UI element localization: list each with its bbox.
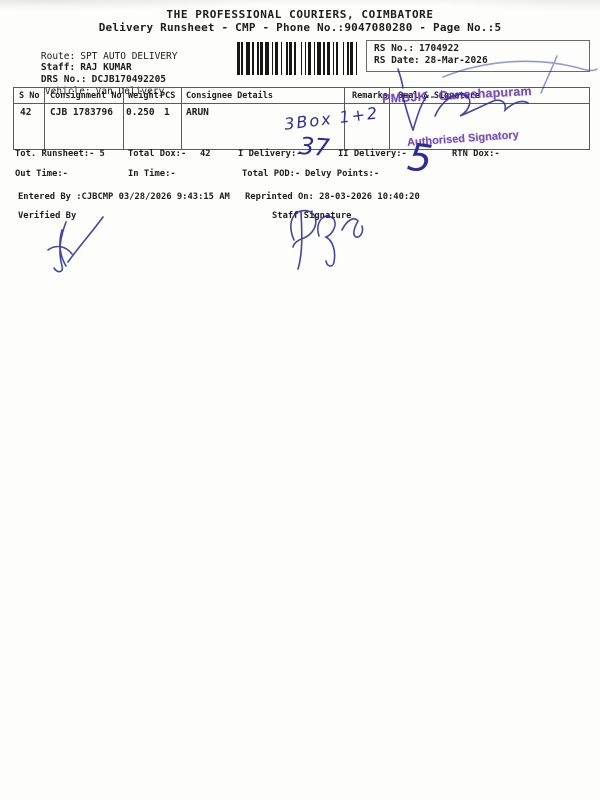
- barcode-bar: [257, 42, 258, 75]
- total-dox-value: 42: [200, 149, 211, 159]
- row-pcs: 1: [164, 107, 170, 118]
- row-consignment-no: CJB 1783796: [50, 107, 113, 118]
- row-consignee: ARUN: [186, 107, 209, 118]
- barcode-bar: [333, 42, 334, 75]
- barcode-bar: [336, 42, 339, 75]
- barcode-bar: [347, 42, 348, 75]
- barcode-bar: [265, 42, 269, 75]
- in-time-label: In Time:-: [128, 169, 176, 179]
- rs-date-line: RS Date:28-Mar-2026: [374, 55, 488, 66]
- row-s-no: 42: [20, 107, 31, 118]
- runsheet-subtitle: Delivery Runsheet - CMP - Phone No.:9047…: [0, 21, 600, 34]
- barcode-bar: [246, 42, 250, 75]
- row-weight: 0.250: [126, 107, 155, 118]
- barcode-bar: [314, 42, 315, 75]
- col-header-s-no: S No: [19, 91, 39, 101]
- staff-signature-label: Staff Signature: [272, 211, 351, 221]
- col-header-pcs: PCS: [160, 91, 175, 101]
- barcode-bar: [343, 42, 344, 75]
- barcode-bar: [327, 42, 330, 75]
- barcode-bar: [252, 42, 255, 75]
- total-dox-label: Total Dox:-: [128, 149, 186, 159]
- barcode-bar: [294, 42, 297, 75]
- table-divider: [123, 88, 124, 149]
- verified-by-label: Verified By: [18, 211, 76, 221]
- table-header-divider: [14, 103, 589, 104]
- barcode-bar: [281, 42, 282, 75]
- barcode-bar: [286, 42, 287, 75]
- rs-date-value: 28-Mar-2026: [425, 55, 488, 66]
- i-delivery-label: I Delivery:-: [238, 149, 302, 159]
- rs-no-value: 1704922: [419, 43, 459, 54]
- rtn-dox-label: RTN Dox:-: [452, 149, 500, 159]
- col-header-consignee-details: Consignee Details: [186, 91, 273, 101]
- runsheet-barcode: [237, 42, 365, 75]
- barcode-bar: [237, 42, 240, 75]
- tot-runsheet: Tot. Runsheet:-5: [15, 149, 105, 159]
- col-header-weight: Weight: [128, 91, 159, 101]
- rs-date-label: RS Date:: [374, 55, 420, 66]
- barcode-bar: [241, 42, 242, 75]
- delivery-runsheet-document: THE PROFESSIONAL COURIERS, COIMBATORE De…: [0, 0, 600, 800]
- table-divider: [44, 88, 45, 149]
- ii-delivery-label: II Delivery:-: [338, 149, 407, 159]
- barcode-bar: [350, 42, 353, 75]
- rs-no-line: RS No.:1704922: [374, 43, 459, 54]
- barcode-bar: [305, 42, 306, 75]
- barcode-bar: [272, 42, 273, 75]
- tot-runsheet-value: 5: [99, 149, 104, 159]
- barcode-bar: [301, 42, 302, 75]
- company-title: THE PROFESSIONAL COURIERS, COIMBATORE: [0, 8, 600, 21]
- reprinted-on-text: Reprinted On: 28-03-2026 10:40:20: [245, 192, 420, 202]
- entered-by-text: Entered By :CJBCMP 03/28/2026 9:43:15 AM: [18, 192, 230, 202]
- barcode-bar: [356, 42, 357, 75]
- barcode-bar: [323, 42, 326, 75]
- verified-by-signature: [48, 217, 103, 272]
- tot-runsheet-label: Tot. Runsheet:-: [15, 149, 94, 159]
- delvy-points-label: Delvy Points:-: [305, 169, 379, 179]
- barcode-bar: [308, 42, 311, 75]
- out-time-label: Out Time:-: [15, 169, 68, 179]
- rs-info-box: RS No.:1704922 RS Date:28-Mar-2026: [366, 40, 590, 72]
- col-header-consignment-no: Consignment No: [50, 91, 122, 101]
- barcode-bar: [317, 42, 321, 75]
- handwritten-ii-delivery-count: 5: [405, 135, 435, 182]
- table-divider: [181, 88, 182, 149]
- total-pod-label: Total POD:-: [242, 169, 300, 179]
- barcode-bar: [260, 42, 263, 75]
- rs-no-label: RS No.:: [374, 43, 414, 54]
- handwritten-i-delivery-count: 37: [298, 132, 330, 162]
- barcode-bar: [289, 42, 292, 75]
- barcode-bar: [275, 42, 278, 75]
